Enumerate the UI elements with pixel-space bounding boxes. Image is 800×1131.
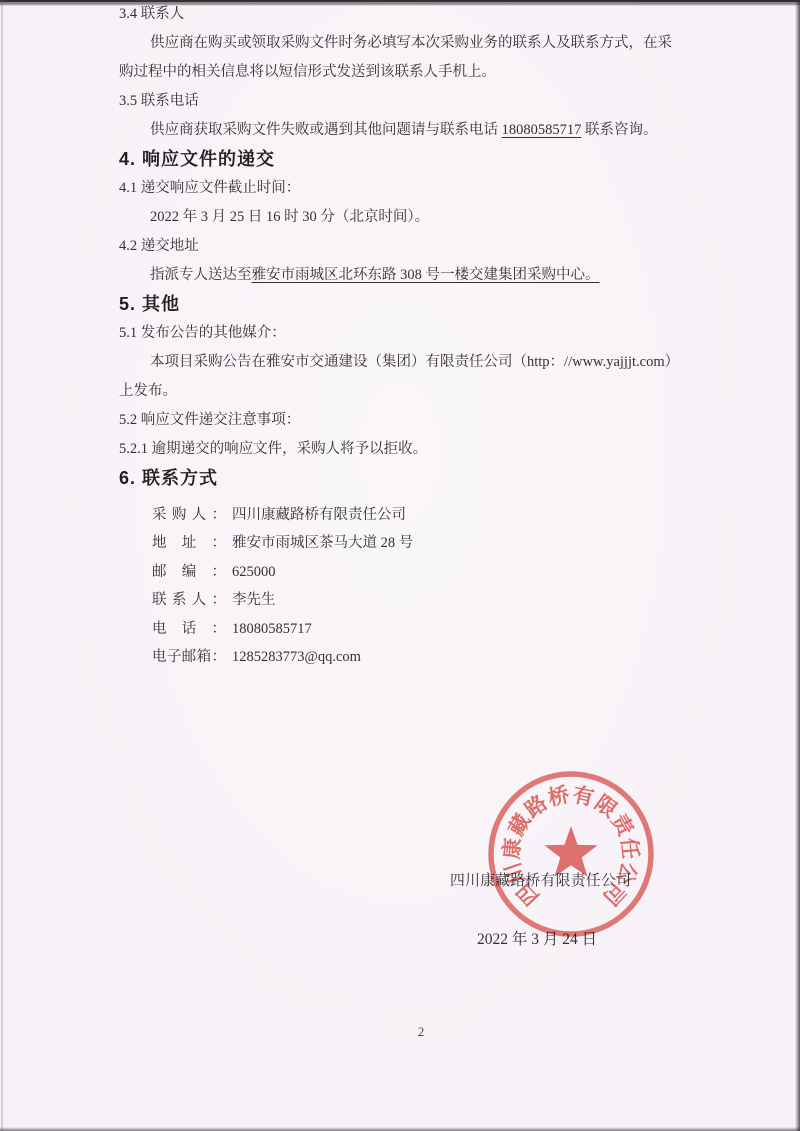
section-3-4-heading: 3.4 联系人 (119, 0, 685, 29)
contact-row-purchaser: 采购人：四川康藏路桥有限责任公司 (152, 501, 685, 529)
contact-row-address: 地址：雅安市雨城区茶马大道 28 号 (152, 529, 685, 557)
phone-sentence-prefix: 供应商获取采购文件失败或遇到其他问题请与联系电话 (150, 122, 502, 138)
svg-text:任: 任 (617, 837, 642, 860)
contact-row-email: 电子邮箱：1285283773@qq.com (152, 643, 685, 671)
contact-person: 李先生 (232, 592, 276, 608)
contact-phone-underlined: 18080585717 (502, 122, 582, 138)
section-5-heading: 5. 其他 (119, 290, 685, 319)
delivery-address-line: 指派专人送达至雅安市雨城区北环东路 308 号一楼交建集团采购中心。 (119, 261, 685, 290)
section-3-5-paragraph: 供应商获取采购文件失败或遇到其他问题请与联系电话 18080585717 联系咨… (119, 116, 685, 145)
contact-email: 1285283773@qq.com (232, 649, 361, 665)
contact-row-postcode: 邮编：625000 (152, 558, 685, 586)
contact-label: 电子邮箱： (152, 643, 226, 671)
section-5-1-paragraph: 本项目采购公告在雅安市交通建设（集团）有限责任公司（http：//www.yaj… (119, 348, 685, 406)
phone-sentence-suffix: 联系咨询。 (581, 122, 657, 138)
section-3-4-paragraph: 供应商在购买或领取采购文件时务必填写本次采购业务的联系人及联系方式，在采购过程中… (119, 29, 685, 87)
section-4-heading: 4. 响应文件的递交 (119, 145, 685, 174)
svg-text:康: 康 (499, 837, 525, 860)
scanned-document-page: 3.4 联系人 供应商在购买或领取采购文件时务必填写本次采购业务的联系人及联系方… (0, 0, 800, 1131)
section-3-5-heading: 3.5 联系电话 (119, 87, 685, 116)
section-5-1-heading: 5.1 发布公告的其他媒介： (119, 319, 685, 348)
page-number: 2 (0, 1024, 800, 1040)
delivery-address-underlined: 雅安市雨城区北环东路 308 号一楼交建集团采购中心。 (252, 267, 600, 283)
postal-code: 625000 (232, 564, 276, 580)
contact-label: 联系人： (152, 586, 226, 614)
contact-label: 地址： (152, 529, 226, 557)
contact-info-block: 采购人：四川康藏路桥有限责任公司 地址：雅安市雨城区茶马大道 28 号 邮编：6… (152, 501, 685, 671)
section-5-2-heading: 5.2 响应文件递交注意事项： (119, 406, 685, 435)
contact-label: 电话： (152, 615, 226, 643)
address-sentence-prefix: 指派专人送达至 (150, 267, 252, 283)
contact-row-person: 联系人：李先生 (152, 586, 685, 614)
svg-text:桥: 桥 (546, 782, 572, 810)
document-body: 3.4 联系人 供应商在购买或领取采购文件时务必填写本次采购业务的联系人及联系方… (119, 0, 685, 671)
scan-edge-right (795, 0, 800, 1131)
section-4-1-heading: 4.1 递交响应文件截止时间： (119, 174, 685, 203)
contact-phone: 18080585717 (232, 621, 312, 637)
scan-edge-bottom (0, 1127, 800, 1131)
section-6-heading: 6. 联系方式 (119, 464, 685, 493)
contact-row-phone: 电话：18080585717 (152, 615, 685, 643)
purchaser-address: 雅安市雨城区茶马大道 28 号 (232, 535, 413, 551)
contact-label: 采购人： (152, 501, 226, 529)
section-5-2-1-paragraph: 5.2.1 逾期递交的响应文件，采购人将予以拒收。 (119, 435, 685, 464)
purchaser-name: 四川康藏路桥有限责任公司 (232, 507, 406, 523)
deadline-datetime: 2022 年 3 月 25 日 16 时 30 分（北京时间）。 (119, 203, 685, 232)
company-seal-stamp: 四川康藏路桥有限责任公司 (471, 754, 671, 954)
contact-label: 邮编： (152, 558, 226, 586)
section-4-2-heading: 4.2 递交地址 (119, 232, 685, 261)
scan-edge-left (1, 0, 3, 1131)
star-icon (544, 826, 597, 877)
